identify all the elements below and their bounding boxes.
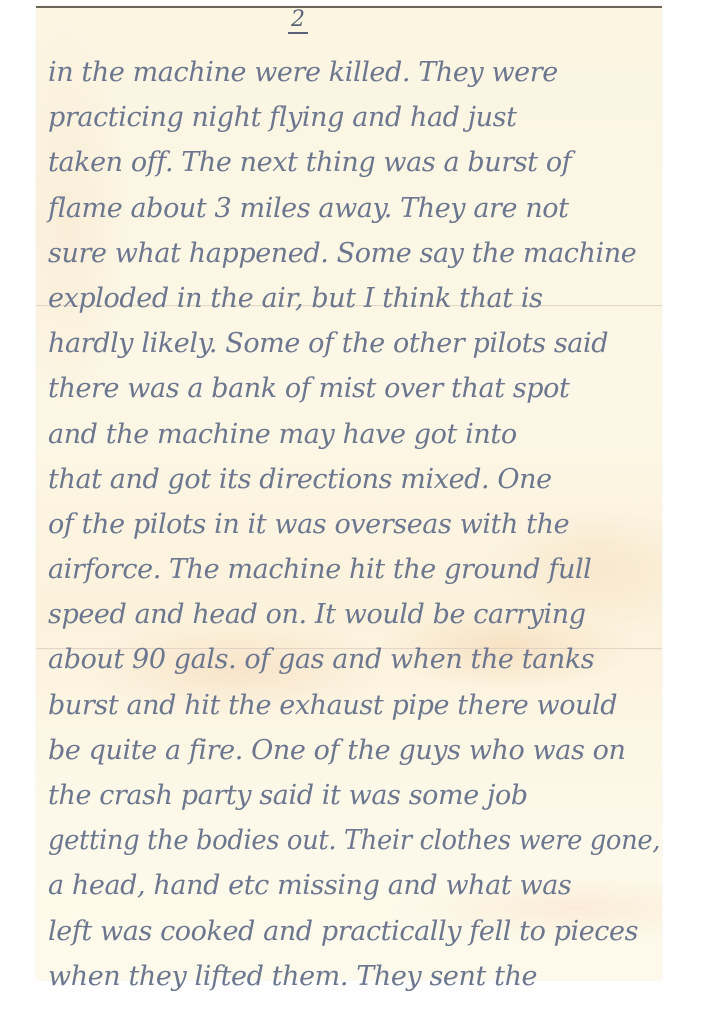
text-line: flame about 3 miles away. They are not: [48, 186, 658, 231]
text-line: left was cooked and practically fell to …: [48, 909, 658, 954]
text-line: getting the bodies out. Their clothes we…: [48, 818, 631, 863]
letter-page: 2 in the machine were killed. They were …: [36, 6, 662, 980]
text-line: sure what happened. Some say the machine: [48, 231, 658, 276]
text-line: airforce. The machine hit the ground ful…: [48, 547, 658, 592]
text-line: about 90 gals. of gas and when the tanks: [48, 637, 658, 682]
text-line: hardly likely. Some of the other pilots …: [48, 321, 658, 366]
text-line: exploded in the air, but I think that is: [48, 276, 658, 321]
text-line: when they lifted them. They sent the: [48, 954, 658, 999]
text-line: and the machine may have got into: [48, 412, 658, 457]
text-line: the crash party said it was some job: [48, 773, 658, 818]
text-line: practicing night flying and had just: [48, 95, 658, 140]
text-line: speed and head on. It would be carrying: [48, 592, 658, 637]
handwritten-body: in the machine were killed. They were pr…: [48, 50, 658, 999]
text-line: a head, hand etc missing and what was: [48, 863, 658, 908]
text-line: there was a bank of mist over that spot: [48, 366, 658, 411]
text-line: that and got its directions mixed. One: [48, 457, 658, 502]
page-number: 2: [288, 8, 308, 34]
text-line: be quite a fire. One of the guys who was…: [48, 728, 658, 773]
text-line: burst and hit the exhaust pipe there wou…: [48, 683, 658, 728]
text-line: taken off. The next thing was a burst of: [48, 140, 658, 185]
text-line: of the pilots in it was overseas with th…: [48, 502, 658, 547]
text-line: in the machine were killed. They were: [48, 50, 658, 95]
